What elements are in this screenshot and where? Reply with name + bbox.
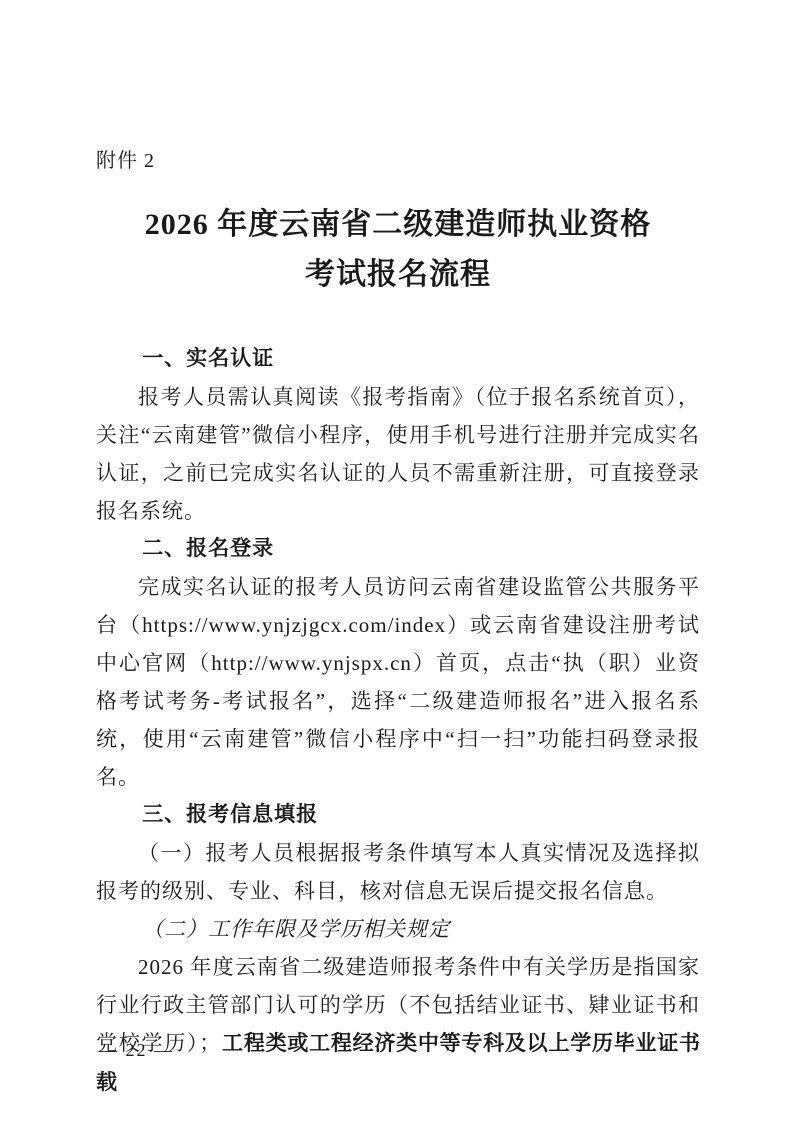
section-3-heading: 三、报考信息填报 [96,796,700,834]
section-2-paragraph: 完成实名认证的报考人员访问云南省建设监管公共服务平台（https://www.y… [96,568,700,796]
document-page: 附件 2 2026 年度云南省二级建造师执业资格 考试报名流程 一、实名认证 报… [0,0,794,1123]
attachment-label: 附件 2 [96,150,700,172]
section-2-heading: 二、报名登录 [96,530,700,568]
document-title-line1: 2026 年度云南省二级建造师执业资格 [96,200,700,250]
section-3-item-2-paragraph: 2026 年度云南省二级建造师报考条件中有关学历是指国家行业行政主管部门认可的学… [96,948,700,1102]
section-1-paragraph: 报考人员需认真阅读《报考指南》（位于报名系统首页），关注“云南建管”微信小程序，… [96,378,700,530]
document-body: 一、实名认证 报考人员需认真阅读《报考指南》（位于报名系统首页），关注“云南建管… [96,340,700,1102]
document-title: 2026 年度云南省二级建造师执业资格 考试报名流程 [96,200,700,300]
section-3-item-2-heading: （二）工作年限及学历相关规定 [96,910,700,948]
section-3-item-1: （一）报考人员根据报考条件填写本人真实情况及选择拟报考的级别、专业、科目，核对信… [96,834,700,910]
page-number: — 22 — [99,1038,174,1062]
document-title-line2: 考试报名流程 [96,250,700,300]
section-1-heading: 一、实名认证 [96,340,700,378]
document-content: 附件 2 2026 年度云南省二级建造师执业资格 考试报名流程 一、实名认证 报… [0,0,794,1102]
